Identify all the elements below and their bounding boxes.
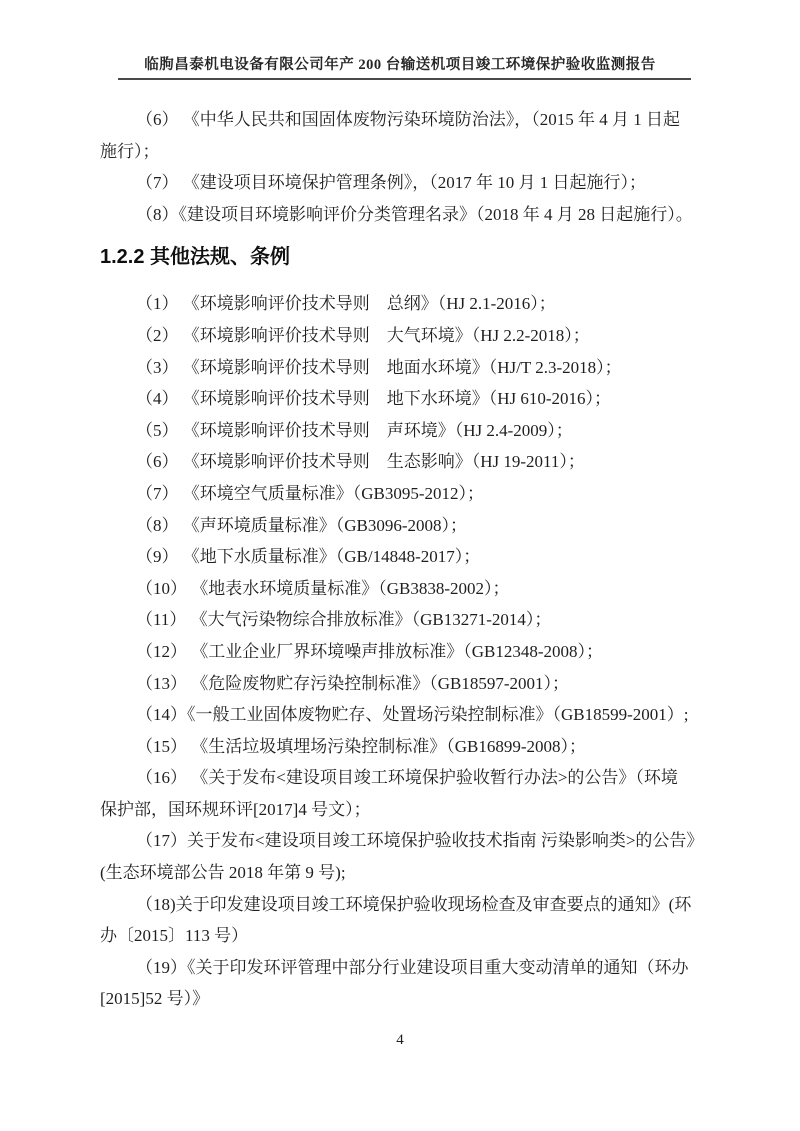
text-line: （7） 《环境空气质量标准》（GB3095-2012）；	[100, 478, 700, 510]
text-line: （15） 《生活垃圾填埋场污染控制标准》（GB16899-2008）；	[100, 731, 700, 763]
text-line: [2015]52 号）》	[100, 983, 700, 1015]
running-header-title: 临朐昌泰机电设备有限公司年产 200 台输送机项目竣工环境保护验收监测报告	[0, 53, 800, 74]
header-rule	[118, 78, 691, 80]
page-header: 临朐昌泰机电设备有限公司年产 200 台输送机项目竣工环境保护验收监测报告	[0, 0, 800, 82]
text-line: （4） 《环境影响评价技术导则 地下水环境》（HJ 610-2016）；	[100, 383, 700, 415]
text-line: （14）《一般工业固体废物贮存、处置场污染控制标准》（GB18599-2001）…	[100, 699, 700, 731]
text-line: （11） 《大气污染物综合排放标准》（GB13271-2014）；	[100, 604, 700, 636]
text-line: （1） 《环境影响评价技术导则 总纲》（HJ 2.1-2016）；	[100, 288, 700, 320]
text-line: （8）《建设项目环境影响评价分类管理名录》（2018 年 4 月 28 日起施行…	[100, 199, 700, 231]
page-footer: 4	[0, 1031, 800, 1049]
text-line: 保护部，国环规环评[2017]4 号文）；	[100, 794, 700, 826]
text-line: （6） 《中华人民共和国固体废物污染环境防治法》，（2015 年 4 月 1 日…	[100, 104, 700, 136]
regulations-standards-list: （1） 《环境影响评价技术导则 总纲》（HJ 2.1-2016）；（2） 《环境…	[100, 288, 700, 1015]
text-line: （3） 《环境影响评价技术导则 地面水环境》（HJ/T 2.3-2018）；	[100, 352, 700, 384]
laws-list-continued: （6） 《中华人民共和国固体废物污染环境防治法》，（2015 年 4 月 1 日…	[100, 104, 700, 230]
document-body: （6） 《中华人民共和国固体废物污染环境防治法》，（2015 年 4 月 1 日…	[100, 104, 700, 1015]
text-line: （13） 《危险废物贮存污染控制标准》（GB18597-2001）；	[100, 668, 700, 700]
text-line: （17）关于发布<建设项目竣工环境保护验收技术指南 污染影响类>的公告》	[100, 825, 700, 857]
section-heading: 1.2.2 其他法规、条例	[100, 244, 700, 271]
text-line: （18)关于印发建设项目竣工环境保护验收现场检查及审查要点的通知》(环	[100, 889, 700, 921]
text-line: （19）《关于印发环评管理中部分行业建设项目重大变动清单的通知（环办	[100, 952, 700, 984]
text-line: （10） 《地表水环境质量标准》（GB3838-2002）；	[100, 573, 700, 605]
text-line: （8） 《声环境质量标准》（GB3096-2008）；	[100, 510, 700, 542]
text-line: （9） 《地下水质量标准》（GB/14848-2017）；	[100, 541, 700, 573]
text-line: 施行）；	[100, 136, 700, 168]
text-line: 办〔2015〕113 号）	[100, 920, 700, 952]
document-page: 临朐昌泰机电设备有限公司年产 200 台输送机项目竣工环境保护验收监测报告 （6…	[0, 0, 800, 1131]
text-line: （6） 《环境影响评价技术导则 生态影响》（HJ 19-2011）；	[100, 446, 700, 478]
text-line: （16） 《关于发布<建设项目竣工环境保护验收暂行办法>的公告》（环境	[100, 762, 700, 794]
page-number: 4	[396, 1032, 404, 1048]
text-line: （5） 《环境影响评价技术导则 声环境》（HJ 2.4-2009）；	[100, 415, 700, 447]
text-line: （12） 《工业企业厂界环境噪声排放标准》（GB12348-2008）；	[100, 636, 700, 668]
text-line: （2） 《环境影响评价技术导则 大气环境》（HJ 2.2-2018）；	[100, 320, 700, 352]
text-line: (生态环境部公告 2018 年第 9 号);	[100, 857, 700, 889]
text-line: （7） 《建设项目环境保护管理条例》，（2017 年 10 月 1 日起施行）；	[100, 167, 700, 199]
